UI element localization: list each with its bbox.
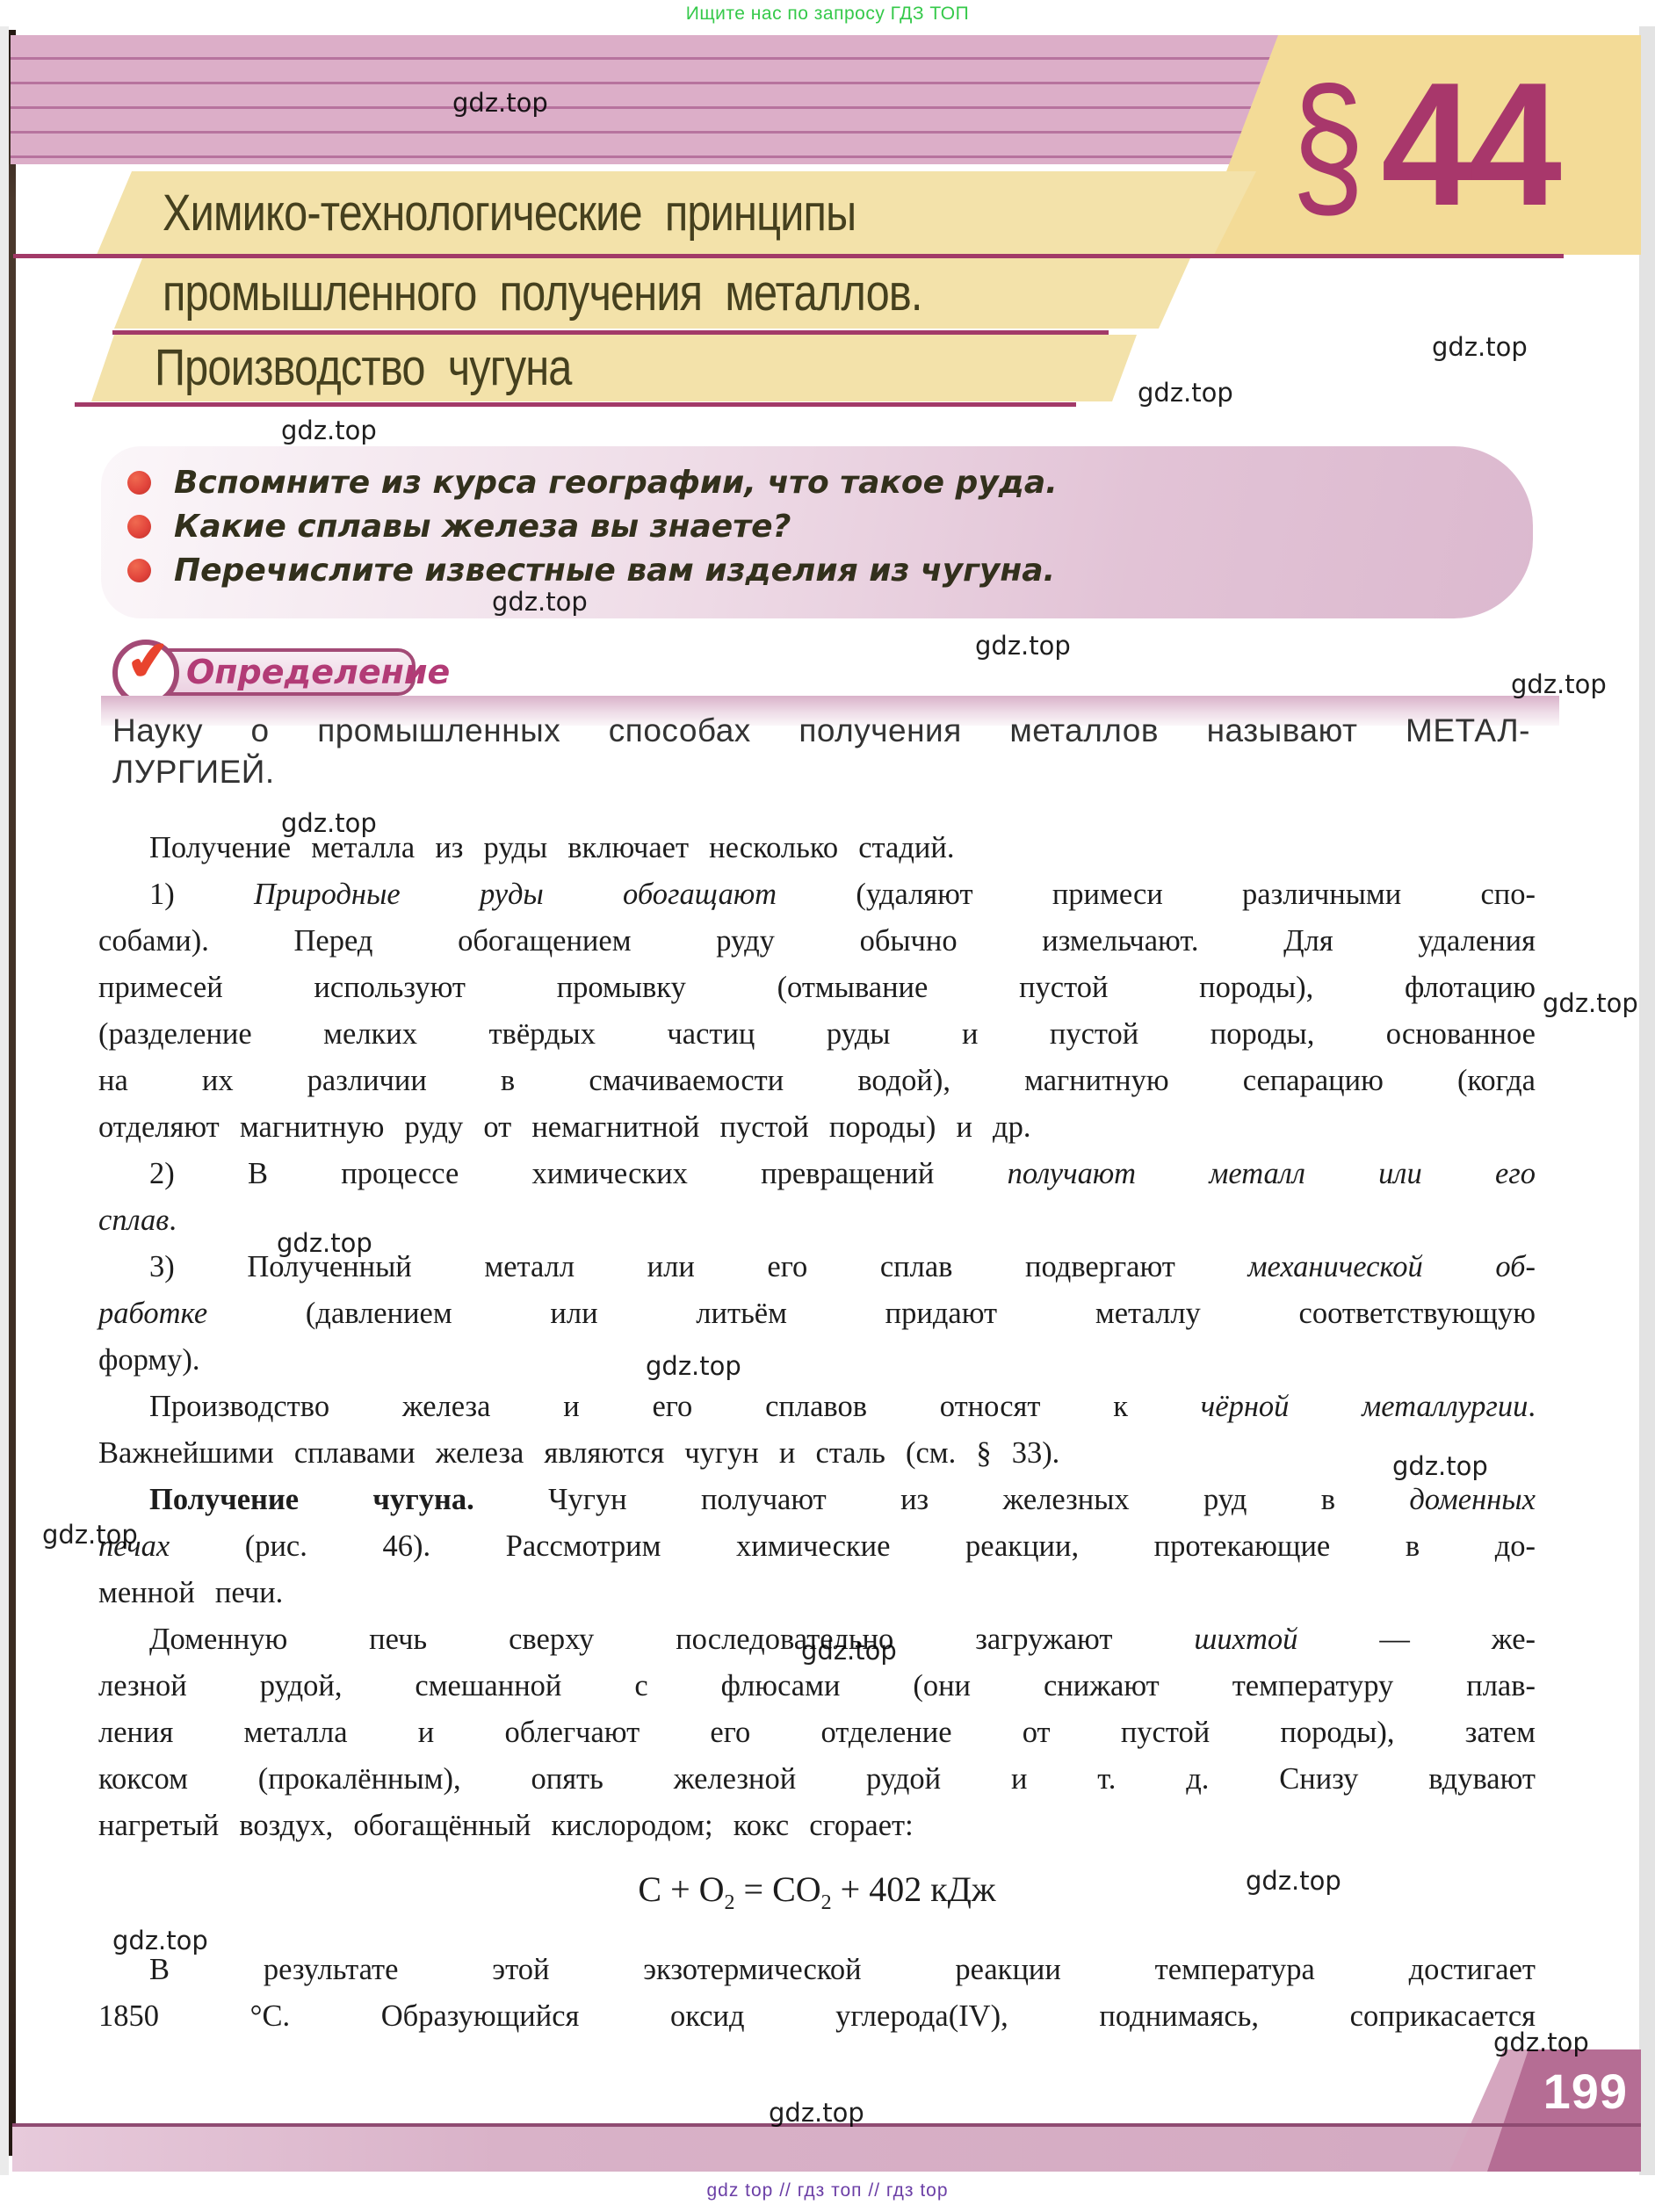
watermark-text: gdz.top <box>277 1228 372 1258</box>
watermark-text: gdz.top <box>492 587 588 617</box>
watermark-text: gdz.top <box>769 2098 864 2128</box>
book-spine-shadow <box>9 30 16 2156</box>
body-line: (разделение мелких твёрдых частиц руды и… <box>98 1011 1536 1058</box>
text-run: примесей используют промывку (отмывание … <box>98 971 1536 1004</box>
text-run: (разделение мелких твёрдых частиц руды и… <box>98 1017 1536 1051</box>
text-run: Производство железа и его сплавов относя… <box>149 1390 1201 1423</box>
text-run: механической об- <box>1247 1250 1536 1283</box>
body-line: менной печи. <box>98 1570 1536 1616</box>
watermark-text: gdz.top <box>1138 378 1233 408</box>
checkmark-icon: ✔ <box>123 629 173 695</box>
body-line: примесей используют промывку (отмывание … <box>98 965 1536 1011</box>
text-run: доменных <box>1409 1483 1536 1516</box>
text-run: 2 <box>821 1891 832 1914</box>
text-run: . <box>169 1204 177 1237</box>
scan-right-margin <box>1639 26 1655 2175</box>
section-symbol: § <box>1291 50 1364 240</box>
body-line: работке (давлением или литьём придают ме… <box>98 1290 1536 1337</box>
text-run: (удаляют примеси различными спо- <box>777 878 1536 911</box>
text-run: — же- <box>1297 1623 1536 1656</box>
intro-question-item: Перечислите известные вам изделия из чуг… <box>127 548 1058 592</box>
text-run: Важнейшими сплавами железа являются чугу… <box>98 1436 1059 1470</box>
watermark-text: gdz.top <box>281 416 377 445</box>
watermark-text: gdz.top <box>975 631 1071 661</box>
footer-pink-band <box>12 2125 1641 2172</box>
decor-striped-band <box>11 35 1283 164</box>
text-run: коксом (прокалённым), опять железной руд… <box>98 1762 1536 1796</box>
body-text: Получение металла из руды включает неско… <box>98 825 1536 2040</box>
section-number: 44 <box>1382 44 1557 246</box>
text-run: форму). <box>98 1343 200 1377</box>
text-run: нагретый воздух, обогащённый кислородом;… <box>98 1809 914 1842</box>
watermark-text: gdz.top <box>1432 332 1528 362</box>
text-run: Получение чугуна. <box>149 1483 474 1516</box>
body-line: нагретый воздух, обогащённый кислородом;… <box>98 1803 1536 1849</box>
text-run: получают металл или его <box>1008 1157 1536 1190</box>
text-run: ления металла и облегчают его отделение … <box>98 1716 1536 1749</box>
watermark-text: gdz.top <box>1392 1451 1488 1481</box>
body-line: коксом (прокалённым), опять железной руд… <box>98 1756 1536 1803</box>
watermark-text: gdz.top <box>801 1636 897 1666</box>
book-page-scan: Ищите нас по запросу ГДЗ ТОП § 44 Химико… <box>0 0 1655 2212</box>
body-line: отделяют магнитную руду от немагнитной п… <box>98 1104 1536 1151</box>
text-run: работке <box>98 1297 207 1330</box>
separator-line-3 <box>75 402 1076 407</box>
body-line: 1) Природные руды обогащают (удаляют при… <box>98 871 1536 918</box>
chapter-title-band-1: Химико-технологические принципы <box>97 171 1256 255</box>
definition-text: Науку о промышленных способах получения … <box>112 710 1530 792</box>
text-run: 2) В процессе химических превращений <box>149 1157 1008 1190</box>
text-run: на их различии в смачиваемости водой), м… <box>98 1064 1536 1097</box>
separator-line-2 <box>112 330 1109 335</box>
intro-question-item: Какие сплавы железа вы знаете? <box>127 504 1058 548</box>
text-run: = CO <box>735 1869 821 1909</box>
definition-line: Науку о промышленных способах получения … <box>112 710 1530 751</box>
intro-question-text: Перечислите известные вам изделия из чуг… <box>174 553 1055 589</box>
text-run: (давлением или литьём придают металлу со… <box>207 1297 1536 1330</box>
watermark-text: gdz.top <box>1511 669 1607 699</box>
chapter-title-line-2: промышленного получения металлов. <box>163 258 922 329</box>
text-run: Доменную печь сверху последовательно заг… <box>149 1623 1194 1656</box>
text-run: . <box>1528 1390 1536 1423</box>
watermark-text: gdz.top <box>1543 988 1638 1018</box>
text-run: 1850 °C. Образующийся оксид углерода(IV)… <box>98 1999 1536 2033</box>
text-run: C + O <box>638 1869 724 1909</box>
body-line: на их различии в смачиваемости водой), м… <box>98 1058 1536 1104</box>
watermark-text: gdz.top <box>1246 1866 1341 1896</box>
watermark-text: gdz.top <box>1493 2028 1589 2057</box>
promo-note-top: Ищите нас по запросу ГДЗ ТОП <box>0 4 1655 25</box>
chapter-title-line-3: Производство чугуна <box>155 335 572 401</box>
body-line: лезной рудой, смешанной с флюсами (они с… <box>98 1663 1536 1710</box>
definition-label: Определение <box>186 653 450 691</box>
body-line: форму). <box>98 1337 1536 1384</box>
page-number: 199 <box>1487 2063 1628 2120</box>
body-line: Производство железа и его сплавов относя… <box>98 1384 1536 1430</box>
text-run: Природные руды обогащают <box>254 878 777 911</box>
bullet-dot-icon <box>127 559 151 582</box>
text-run: отделяют магнитную руду от немагнитной п… <box>98 1110 1031 1144</box>
body-line: В результате этой экзотермической реакци… <box>98 1947 1536 1993</box>
text-run: чёрной металлургии <box>1201 1390 1529 1423</box>
scan-left-margin <box>0 26 9 2175</box>
watermark-text: gdz.top <box>42 1520 138 1550</box>
watermark-text: gdz.top <box>452 88 548 118</box>
text-run: Получение металла из руды включает неско… <box>149 831 954 864</box>
body-line: 2) В процессе химических превращений пол… <box>98 1151 1536 1197</box>
body-line: ления металла и облегчают его отделение … <box>98 1710 1536 1756</box>
text-run: (рис. 46). Рассмотрим химические реакции… <box>170 1529 1536 1563</box>
intro-question-text: Вспомните из курса географии, что такое … <box>174 465 1058 501</box>
text-run: менной печи. <box>98 1576 283 1609</box>
text-run: 2 <box>725 1891 735 1914</box>
bullet-dot-icon <box>127 471 151 495</box>
intro-questions-list: Вспомните из курса географии, что такое … <box>127 460 1058 592</box>
text-run: сплав <box>98 1204 169 1237</box>
body-line: 1850 °C. Образующийся оксид углерода(IV)… <box>98 1993 1536 2040</box>
body-line: печах (рис. 46). Рассмотрим химические р… <box>98 1523 1536 1570</box>
definition-line: ЛУРГИЕЙ. <box>112 751 1530 792</box>
text-run: В результате этой экзотермической реакци… <box>149 1953 1536 1986</box>
watermark-text: gdz.top <box>281 808 377 838</box>
watermark-text: gdz.top <box>112 1926 208 1955</box>
separator-line-1 <box>13 254 1564 258</box>
body-line: собами). Перед обогащением руду обычно и… <box>98 918 1536 965</box>
text-run: шихтой <box>1194 1623 1297 1656</box>
watermark-text: gdz.top <box>646 1351 741 1381</box>
intro-questions-box: Вспомните из курса географии, что такое … <box>101 446 1533 618</box>
text-run: Чугун получают из железных руд в <box>474 1483 1410 1516</box>
text-run: 1) <box>149 878 254 911</box>
intro-question-text: Какие сплавы железа вы знаете? <box>174 509 791 545</box>
text-run: собами). Перед обогащением руду обычно и… <box>98 924 1536 958</box>
intro-question-item: Вспомните из курса географии, что такое … <box>127 460 1058 504</box>
text-run: + 402 кДж <box>832 1869 996 1909</box>
promo-note-bottom: gdz top // гдз топ // гдз top <box>0 2180 1655 2201</box>
body-line: Важнейшими сплавами железа являются чугу… <box>98 1430 1536 1477</box>
chapter-title-band-2: промышленного получения металлов. <box>114 258 1190 329</box>
body-line: Получение чугуна. Чугун получают из желе… <box>98 1477 1536 1523</box>
text-run: лезной рудой, смешанной с флюсами (они с… <box>98 1669 1536 1702</box>
chapter-title-band-3: Производство чугуна <box>91 335 1137 401</box>
bullet-dot-icon <box>127 515 151 539</box>
chapter-title-line-1: Химико-технологические принципы <box>163 171 856 255</box>
